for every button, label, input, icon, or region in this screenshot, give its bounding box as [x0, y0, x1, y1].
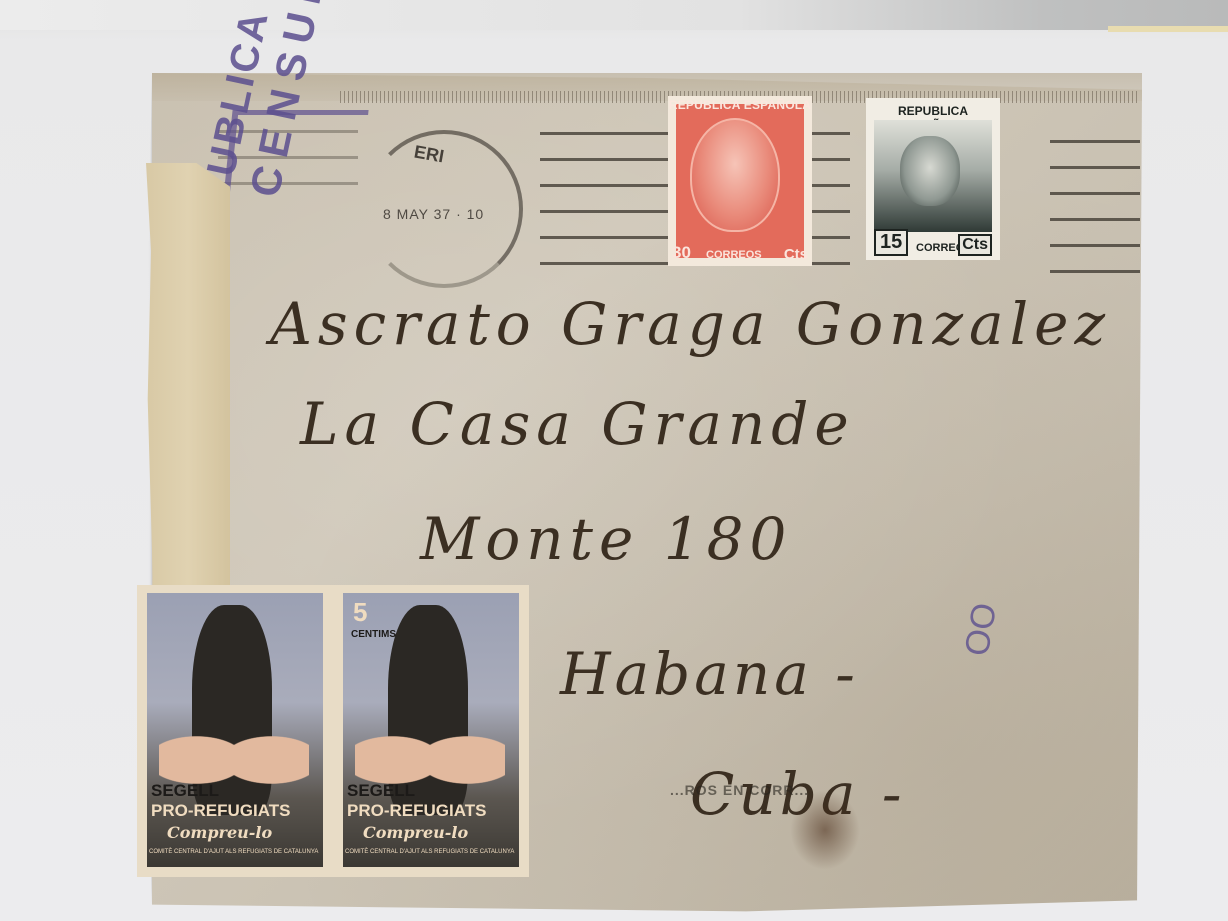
- charity-unit: CENTIMS: [351, 629, 396, 640]
- address-line-business: La Casa Grande: [300, 390, 855, 458]
- charity-value: 5: [353, 597, 367, 628]
- stamp-label: CORREOS: [706, 249, 762, 261]
- postmark: ERI 8 MAY 37 · 10: [365, 130, 523, 288]
- charity-footer: COMITÈ CENTRAL D'AJUT ALS REFUGIATS DE C…: [345, 849, 514, 855]
- charity-line-3: Compreu-lo: [167, 823, 272, 842]
- stamp-unit: Cts: [958, 234, 992, 256]
- faint-bottom-stamp: ...ROS EN CORR...: [670, 782, 809, 798]
- postmark-city: ERI: [412, 142, 445, 168]
- address-line-name: Ascrato Graga Gonzalez: [270, 290, 1111, 358]
- stamp-portrait-icon: [900, 136, 960, 206]
- postage-stamp-15: REPUBLICA ESPAÑOLA 15 CORREOS Cts: [866, 98, 1000, 260]
- charity-line-2: PRO-REFUGIATS: [151, 801, 290, 821]
- charity-stamp-2: 5 CENTIMS SEGELL PRO-REFUGIATS Compreu-l…: [333, 585, 529, 877]
- address-line-city: Habana -: [560, 640, 859, 708]
- postmark-date: 8 MAY 37 · 10: [383, 206, 484, 222]
- charity-footer: COMITÈ CENTRAL D'AJUT ALS REFUGIATS DE C…: [149, 849, 318, 855]
- charity-line-2: PRO-REFUGIATS: [347, 801, 486, 821]
- ink-stain: [790, 790, 860, 870]
- postage-stamp-30: REPUBLICA ESPAÑOLA 30 CORREOS Cts: [668, 96, 812, 266]
- charity-stamp-1: SEGELL PRO-REFUGIATS Compreu-lo COMITÈ C…: [137, 585, 333, 877]
- stamp-value: 15: [874, 229, 908, 256]
- charity-line-1: SEGELL: [151, 781, 219, 801]
- background-table-edge: [0, 0, 1228, 30]
- stamp-unit: Cts: [784, 246, 808, 263]
- address-line-street: Monte 180: [420, 505, 792, 573]
- stamp-portrait-icon: [690, 118, 780, 232]
- stamp-value: 30: [672, 243, 691, 263]
- charity-line-1: SEGELL: [347, 781, 415, 801]
- stamp-country: REPUBLICA ESPAÑOLA: [668, 98, 812, 112]
- cancellation-lines-right: [1050, 140, 1140, 296]
- charity-line-3: Compreu-lo: [363, 823, 468, 842]
